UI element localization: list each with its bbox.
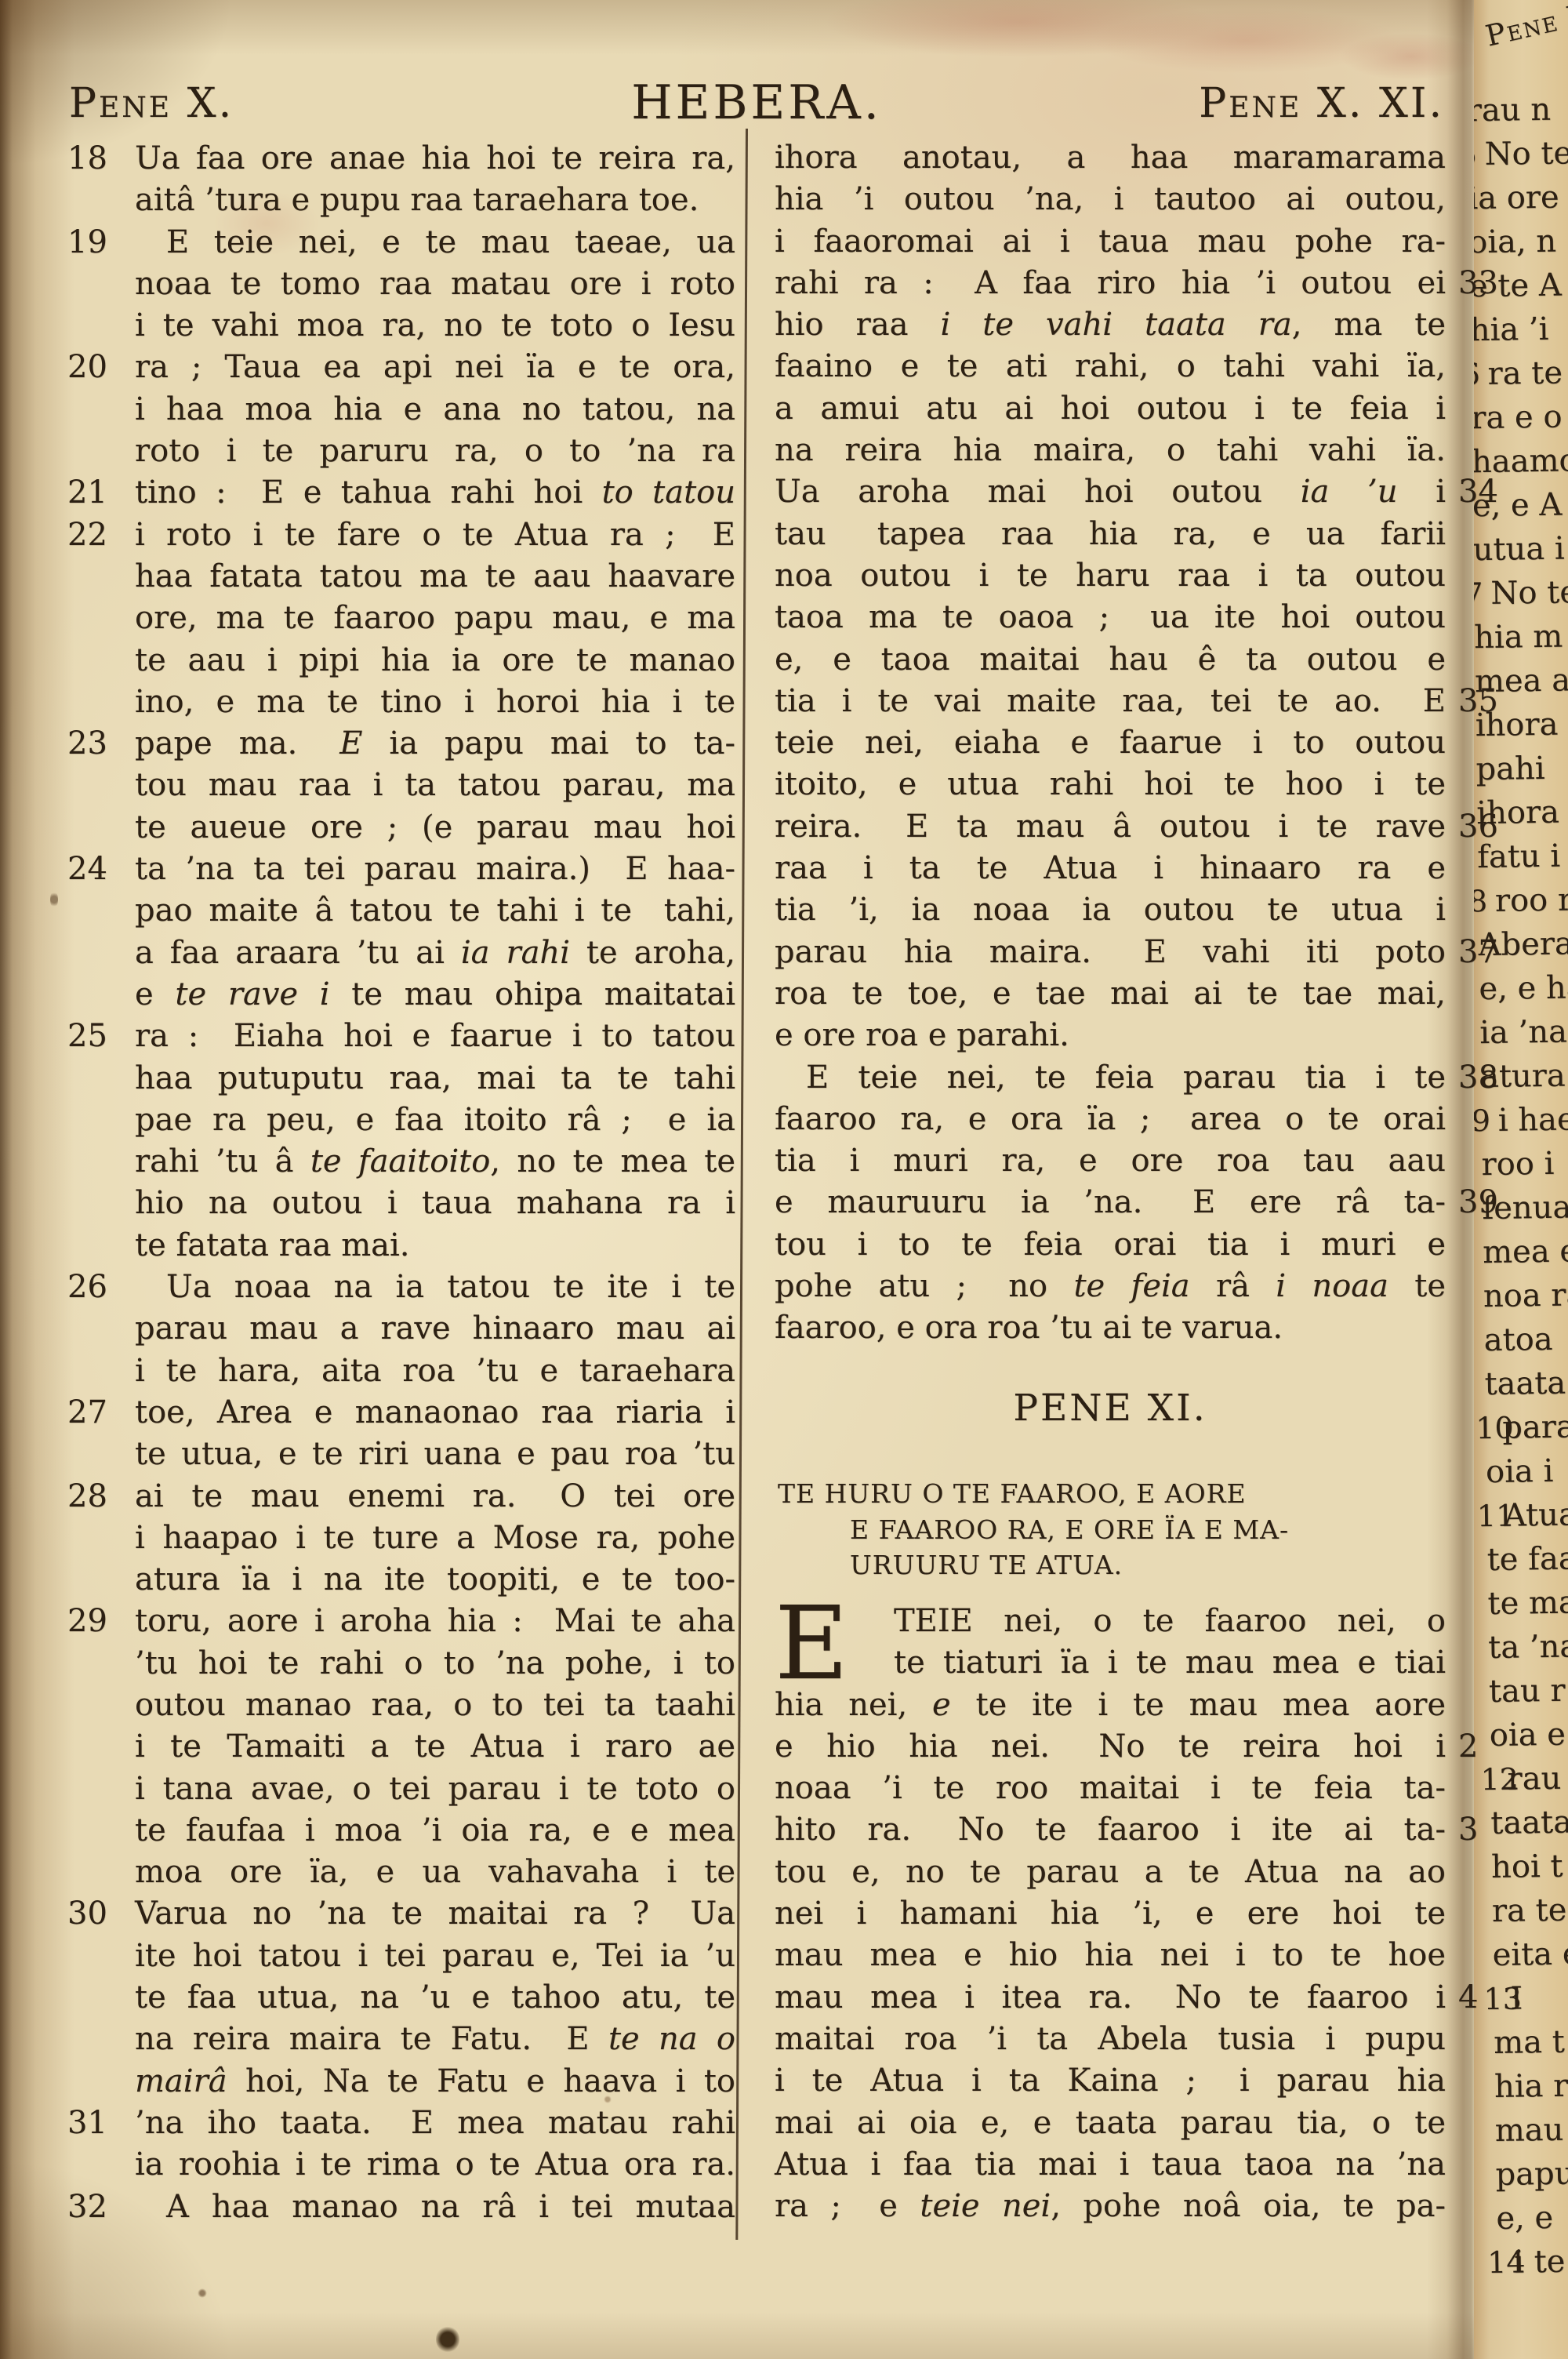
verse-text: na reira maira te Fatu. E te na o xyxy=(135,2021,735,2057)
verse-text: mau mea i itea ra. No te faaroo i xyxy=(775,1979,1446,2016)
adjacent-page-line-fragment: noa ra xyxy=(1483,1273,1568,1318)
text-line: ra ; e teie nei, pohe noâ oia, te pa- xyxy=(775,2186,1446,2227)
verse-text: hoi t xyxy=(1491,1848,1563,1885)
text-line: pao maite â tatou te tahi i te tahi, xyxy=(135,890,735,932)
verse-text: taata xyxy=(1484,1365,1566,1402)
verse-number: 25 xyxy=(67,1016,130,1057)
verse-text: maitai roa ’i ta Abela tusia i pupu xyxy=(775,2021,1446,2057)
text-line: noa outou i te haru raa i ta outou xyxy=(775,555,1446,597)
adjacent-page-line-fragment: atoa xyxy=(1483,1317,1568,1362)
text-line: i te hara, aita roa ’tu e taraehara xyxy=(135,1350,735,1392)
paper-speck xyxy=(604,2095,612,2103)
text-line: haa fatata tatou ma te aau haavare xyxy=(135,556,735,598)
verse-text: ta ’na xyxy=(1488,1628,1568,1666)
verse-text: eita e xyxy=(1492,1936,1568,1973)
verse-number: 5 xyxy=(1474,133,1485,176)
left-text-column: 18Ua faa ore anae hia hoi te reira ra,ai… xyxy=(135,138,735,2228)
text-line: tou mau raa i ta tatou parau, ma xyxy=(135,765,735,806)
text-line: teie nei, eiaha e faarue i to outou xyxy=(775,722,1446,764)
verse-number: 27 xyxy=(67,1392,130,1434)
verse-number: 10 xyxy=(1475,1406,1503,1450)
verse-number: 36 xyxy=(1458,806,1513,848)
text-line: tia i muri ra, e ore roa tau aau xyxy=(775,1140,1446,1182)
adjacent-page-running-header: Pene X xyxy=(1483,0,1568,53)
adjacent-page-line-fragment: papu xyxy=(1495,2151,1568,2197)
verse-number: 34 xyxy=(1458,471,1513,513)
text-line: te tiaturi ïa i te mau mea e tiai xyxy=(775,1642,1446,1684)
running-header: Pene X. HEBERA. Pene X. XI. xyxy=(0,75,1568,130)
text-line: roto i te paruru ra, o to ’na ra xyxy=(135,431,735,472)
verse-text: E teie nei, te feia parau tia i te xyxy=(775,1060,1446,1096)
verse-text: ra te xyxy=(1487,355,1563,392)
verse-text: hito ra. No te faaroo i ite ai ta- xyxy=(775,1812,1446,1848)
verse-text: te fatata raa mai. xyxy=(135,1227,410,1263)
verse-number: 29 xyxy=(67,1601,130,1642)
verse-text: ma t xyxy=(1494,2024,1565,2061)
adjacent-page-line-fragment: e, e xyxy=(1496,2195,1568,2241)
adjacent-page-line-fragment: roo i xyxy=(1481,1141,1568,1187)
text-line: i faaoromai ai i taua mau pohe ra- xyxy=(775,221,1446,263)
right-text-column: ihora anotau, a haa maramaramahia ’i out… xyxy=(775,137,1446,1350)
verse-text: e mauruuru ia ’na. E ere râ ta- xyxy=(775,1184,1446,1220)
verse-text: noaa te tomo raa matau ore i roto xyxy=(135,266,735,302)
verse-text: e hio hia nei. No te reira hoi i xyxy=(775,1728,1446,1765)
text-line: hio na outou i taua mahana ra i xyxy=(135,1183,735,1224)
verse-number: 11 xyxy=(1476,1494,1504,1538)
text-line: na reira hia maira, o tahi vahi ïa. xyxy=(775,430,1446,471)
verse-text: ia ore xyxy=(1474,180,1559,217)
verse-text: pohe atu ; no te feia râ i noaa te xyxy=(775,1268,1446,1304)
verse-number: 22 xyxy=(67,514,130,556)
verse-text: Ua aroha mai hoi outou ia ’u i xyxy=(775,474,1446,510)
text-line: e te rave i te mau ohipa maitatai xyxy=(135,974,735,1016)
text-line: tia ’i, ia noaa ia outou te utua i xyxy=(775,889,1446,931)
verse-text: i te xyxy=(1514,2244,1566,2281)
verse-text: E teie nei, e te mau taeae, ua xyxy=(135,224,735,260)
verse-text: mau xyxy=(1494,2112,1563,2149)
text-line: 33rahi ra : A faa riro hia ’i outou ei xyxy=(775,263,1446,304)
verse-text: i haer xyxy=(1498,1101,1568,1139)
verse-text: tia i te vai maite raa, tei te ao. E xyxy=(775,683,1446,719)
verse-text: hia ’i xyxy=(1474,311,1549,348)
adjacent-page-line-fragment: hia ’i xyxy=(1474,307,1568,352)
adjacent-page-line-fragment: eita e xyxy=(1492,1932,1568,1977)
verse-text: Atua xyxy=(1504,1496,1568,1533)
verse-text: hia nei, e te ite i te mau mea aore xyxy=(775,1687,1446,1723)
verse-text: ino, e ma te tino i horoi hia i te xyxy=(135,684,735,720)
verse-number: 21 xyxy=(67,472,130,514)
verse-text: pae ra peu, e faa itoito râ ; e ia xyxy=(135,1102,735,1138)
verse-text: hia m xyxy=(1474,619,1563,656)
text-line: i haa moa hia e ana no tatou, na xyxy=(135,389,735,431)
verse-number: 31 xyxy=(67,2103,130,2144)
verse-text: Varua no ’na te maitai ra ? Ua xyxy=(135,1896,735,1932)
verse-text: raa i ta te Atua i hinaaro ra e xyxy=(775,850,1446,886)
text-line: 31’na iho taata. E mea matau rahi xyxy=(135,2103,735,2144)
verse-text: No te xyxy=(1490,574,1568,612)
verse-text: ai te mau enemi ra. O tei ore xyxy=(135,1478,735,1514)
text-line: na reira maira te Fatu. E te na o xyxy=(135,2019,735,2060)
text-line: 4mau mea i itea ra. No te faaroo i xyxy=(775,1977,1446,2019)
text-line: 24ta ’na ta tei parau maira.) E haa- xyxy=(135,849,735,890)
verse-text: papu xyxy=(1495,2156,1568,2193)
chapter-subtitle-line: E FAAROO RA, E ORE ÏA E MA- xyxy=(778,1512,1452,1548)
adjacent-page-line-fragment: ma t xyxy=(1494,2019,1568,2065)
verse-text: i roto i te fare o te Atua ra ; E xyxy=(135,517,735,553)
text-line: noaa te tomo raa matau ore i roto xyxy=(135,264,735,305)
text-line: a amui atu ai hoi outou i te feia i xyxy=(775,388,1446,430)
text-line: 36reira. E ta mau â outou i te rave xyxy=(775,806,1446,848)
verse-text: ra e o xyxy=(1474,399,1563,437)
verse-text: e ore roa e parahi. xyxy=(775,1017,1069,1053)
verse-number: 14 xyxy=(1487,2241,1515,2284)
verse-text: i haa moa hia e ana no tatou, na xyxy=(135,391,735,427)
verse-text: e, e ha xyxy=(1479,969,1568,1007)
verse-text: hia ’i outou ’na, i tautoo ai outou, xyxy=(775,181,1446,217)
text-line: haa putuputu raa, mai ta te tahi xyxy=(135,1058,735,1100)
verse-text: TEIE nei, o te faaroo nei, o xyxy=(894,1603,1446,1639)
verse-text: ihora anotau, a haa maramarama xyxy=(775,140,1446,176)
text-line: ite hoi tatou i tei parau e, Tei ia ’u xyxy=(135,1936,735,1977)
verse-text: reira. E ta mau â outou i te rave xyxy=(775,809,1446,845)
text-line: 37parau hia maira. E vahi iti poto xyxy=(775,932,1446,973)
text-line: outou manao raa, o to tei ta taahi xyxy=(135,1685,735,1726)
verse-text: te faufaa i moa ’i oia ra, e e mea xyxy=(135,1812,735,1848)
adjacent-page-line-fragment: ta ’na xyxy=(1488,1624,1568,1670)
verse-number: 30 xyxy=(67,1893,130,1935)
verse-text: pao maite â tatou te tahi i te tahi, xyxy=(135,892,735,929)
text-line: te utua, e te riri uana e pau roa ’tu xyxy=(135,1434,735,1475)
text-line: te aau i pipi hia ia ore te manao xyxy=(135,640,735,682)
verse-number: 18 xyxy=(67,138,130,180)
adjacent-page-line-fragment: 11Atua xyxy=(1486,1492,1568,1538)
text-line: i te Atua i ta Kaina ; i parau hia xyxy=(775,2060,1446,2102)
text-line: rahi ’tu â te faaitoito, no te mea te xyxy=(135,1141,735,1183)
right-text-column-chapter2: TEIE nei, o te faaroo nei, ote tiaturi ï… xyxy=(775,1601,1446,2227)
verse-text: tau tapea raa hia ra, e ua farii xyxy=(775,516,1446,552)
text-line: te faa utua, na ’u e tahoo atu, te xyxy=(135,1977,735,2019)
verse-text: ra : Eiaha hoi e faarue i to tatou xyxy=(135,1018,735,1054)
text-line: 19 E teie nei, e te mau taeae, ua xyxy=(135,222,735,264)
text-line: ’tu hoi te rahi o to ’na pohe, i to xyxy=(135,1643,735,1685)
adjacent-page-line-fragment: te faa xyxy=(1486,1536,1568,1582)
verse-text: parau hia maira. E vahi iti poto xyxy=(775,934,1446,970)
verse-text: hio na outou i taua mahana ra i xyxy=(135,1185,735,1221)
verse-number: 20 xyxy=(67,347,130,388)
verse-text: ra te xyxy=(1492,1892,1567,1929)
text-line: faaroo, e ora roa ’tu ai te varua. xyxy=(775,1307,1446,1349)
verse-number: 7 xyxy=(1474,572,1491,616)
verse-text: i te Tamaiti a te Atua i raro ae xyxy=(135,1728,735,1765)
adjacent-page-line-fragment: 6ra te xyxy=(1474,351,1568,396)
verse-text: i haapao i te ture a Mose ra, pohe xyxy=(135,1520,735,1556)
chapter-subtitle-line: URUURU TE ATUA. xyxy=(778,1547,1452,1583)
text-line: i haapao i te ture a Mose ra, pohe xyxy=(135,1518,735,1559)
text-line: te fatata raa mai. xyxy=(135,1225,735,1267)
adjacent-page-line-fragment: utua i xyxy=(1474,526,1568,572)
text-line: i tana avae, o tei parau i te toto o xyxy=(135,1768,735,1810)
adjacent-page-line-fragment: tau r xyxy=(1489,1668,1568,1714)
text-line: 38 E teie nei, te feia parau tia i te xyxy=(775,1057,1446,1099)
verse-text: te aau i pipi hia ia ore te manao xyxy=(135,642,735,678)
verse-text: i te hara, aita roa ’tu e taraehara xyxy=(135,1353,735,1389)
verse-text: te faa utua, na ’u e tahoo atu, te xyxy=(135,1979,735,2016)
text-line: 2e hio hia nei. No te reira hoi i xyxy=(775,1726,1446,1768)
text-line: 39e mauruuru ia ’na. E ere râ ta- xyxy=(775,1182,1446,1223)
text-line: taoa ma te oaoa ; ua ite hoi outou xyxy=(775,597,1446,638)
verse-text: na reira hia maira, o tahi vahi ïa. xyxy=(775,432,1446,468)
verse-number: 2 xyxy=(1458,1726,1513,1768)
text-line: faaino e te ati rahi, o tahi vahi ïa, xyxy=(775,346,1446,387)
margin-mark xyxy=(50,891,58,908)
verse-text: ’na iho taata. E mea matau rahi xyxy=(135,2105,735,2141)
verse-text: oia i xyxy=(1486,1453,1554,1490)
text-line: hia nei, e te ite i te mau mea aore xyxy=(775,1685,1446,1726)
verse-text: i tana avae, o tei parau i te toto o xyxy=(135,1771,735,1807)
verse-text: tou mau raa i ta tatou parau, ma xyxy=(135,767,735,803)
text-line: noaa ’i te roo maitai i te feia ta- xyxy=(775,1768,1446,1809)
verse-text: i te vahi moa ra, no te toto o Iesu xyxy=(135,307,735,343)
adjacent-page-line-fragment: ia ore xyxy=(1474,175,1568,220)
chapter-subtitle: TE HURU O TE FAAROO, E AOREE FAAROO RA, … xyxy=(778,1476,1452,1583)
text-line: mairâ hoi, Na te Fatu e haava i to xyxy=(135,2061,735,2103)
text-line: moa ore ïa, e ua vahavaha i te xyxy=(135,1852,735,1893)
verse-text: i faaoromai ai i taua mau pohe ra- xyxy=(775,224,1446,260)
adjacent-page-line-fragment: hia m xyxy=(1474,614,1568,660)
text-line: pae ra peu, e faa itoito râ ; e ia xyxy=(135,1100,735,1141)
verse-text: ’tu hoi te rahi o to ’na pohe, i to xyxy=(135,1645,735,1681)
adjacent-page-line-fragment: ra te xyxy=(1492,1888,1568,1933)
text-line: parau mau a rave hinaaro mau ai xyxy=(135,1308,735,1350)
verse-text: faaroo, e ora roa ’tu ai te varua. xyxy=(775,1310,1283,1346)
text-line: 29toru, aore i aroha hia : Mai te aha xyxy=(135,1601,735,1642)
text-line: pohe atu ; no te feia râ i noaa te xyxy=(775,1266,1446,1307)
verse-text: toru, aore i aroha hia : Mai te aha xyxy=(135,1603,735,1639)
adjacent-page-line-fragment: 8roo ra xyxy=(1478,878,1568,923)
column-divider-rule xyxy=(735,129,748,2240)
verse-text: mau mea e hio hia nei i to te hoe xyxy=(775,1937,1446,1973)
text-line: te faufaa i moa ’i oia ra, e e mea xyxy=(135,1810,735,1852)
verse-text: a amui atu ai hoi outou i te feia i xyxy=(775,391,1446,427)
verse-number: 39 xyxy=(1458,1182,1513,1223)
verse-number: 9 xyxy=(1474,1099,1498,1143)
verse-text: roa te toe, e tae mai ai te tae mai, xyxy=(775,976,1446,1012)
verse-text: utua i xyxy=(1474,531,1565,569)
chapter-heading: PENE XI. xyxy=(775,1387,1446,1430)
text-line: aitâ ’tura e pupu raa taraehara toe. xyxy=(135,180,735,221)
text-line: i te vahi moa ra, no te toto o Iesu xyxy=(135,305,735,347)
text-line: roa te toe, e tae mai ai te tae mai, xyxy=(775,973,1446,1015)
text-line: 20ra ; Taua ea api nei ïa e te ora, xyxy=(135,347,735,388)
text-line: tou i to te feia orai tia i muri e xyxy=(775,1224,1446,1266)
text-line: hia ’i outou ’na, i tautoo ai outou, xyxy=(775,179,1446,220)
verse-text: tou e, no te parau a te Atua na ao xyxy=(775,1854,1446,1890)
text-line: raa i ta te Atua i hinaaro ra e xyxy=(775,848,1446,889)
verse-number: 33 xyxy=(1458,263,1513,304)
verse-number: 38 xyxy=(1458,1057,1513,1099)
ink-blot xyxy=(436,2326,459,2353)
verse-text: nei i hamani hia ’i, e ere hoi te xyxy=(775,1896,1446,1932)
text-line: 28ai te mau enemi ra. O tei ore xyxy=(135,1476,735,1518)
text-line: ore, ma te faaroo papu mau, e ma xyxy=(135,598,735,639)
verse-number: 35 xyxy=(1458,681,1513,722)
text-line: 30Varua no ’na te maitai ra ? Ua xyxy=(135,1893,735,1935)
verse-text: ta ’na ta tei parau maira.) E haa- xyxy=(135,851,735,887)
text-line: mai ai oia e, e taata parau tia, o te xyxy=(775,2103,1446,2144)
text-line: maitai roa ’i ta Abela tusia i pupu xyxy=(775,2019,1446,2060)
text-line: tou e, no te parau a te Atua na ao xyxy=(775,1852,1446,1893)
verse-text: faaino e te ati rahi, o tahi vahi ïa, xyxy=(775,348,1446,384)
text-line: tau tapea raa hia ra, e ua farii xyxy=(775,514,1446,555)
text-line: 34Ua aroha mai hoi outou ia ’u i xyxy=(775,471,1446,513)
verse-text: taoa ma te oaoa ; ua ite hoi outou xyxy=(775,599,1446,635)
adjacent-page-line-fragment: oia, n xyxy=(1474,219,1568,264)
verse-text: itoito, e utua rahi hoi te hoo i te xyxy=(775,766,1446,802)
verse-text: e, e taoa maitai hau ê ta outou e xyxy=(775,642,1446,678)
adjacent-page-line-fragment: taata xyxy=(1484,1361,1568,1406)
text-line: ia roohia i te rima o te Atua ora ra. xyxy=(135,2144,735,2186)
verse-text: roo ra xyxy=(1495,881,1568,919)
adjacent-page-line-fragment: mea e xyxy=(1483,1229,1568,1274)
verse-text: ra ; e teie nei, pohe noâ oia, te pa- xyxy=(775,2188,1446,2224)
verse-text: aitâ ’tura e pupu raa taraehara toe. xyxy=(135,182,699,218)
text-line: 3hito ra. No te faaroo i ite ai ta- xyxy=(775,1809,1446,1851)
text-line: e ore roa e parahi. xyxy=(775,1015,1446,1056)
verse-text: hia r xyxy=(1494,2068,1568,2105)
verse-text: A haa manao na râ i tei mutaa xyxy=(135,2189,735,2225)
text-line: 35tia i te vai maite raa, tei te ao. E xyxy=(775,681,1446,722)
verse-text: No te xyxy=(1484,135,1568,173)
text-line: TEIE nei, o te faaroo nei, o xyxy=(775,1601,1446,1642)
verse-text: hio raa i te vahi taata ra, ma te xyxy=(775,307,1446,343)
verse-text: ite hoi tatou i tei parau e, Tei ia ’u xyxy=(135,1938,735,1974)
verse-text: roto i te paruru ra, o to ’na ra xyxy=(135,433,735,469)
text-line: nei i hamani hia ’i, e ere hoi te xyxy=(775,1893,1446,1935)
verse-number: 4 xyxy=(1458,1977,1513,2019)
text-line: 27toe, Area e manaonao raa riaria i xyxy=(135,1392,735,1434)
text-line: 26 Ua noaa na ia tatou te ite i te xyxy=(135,1267,735,1308)
verse-text: moa ore ïa, e ua vahavaha i te xyxy=(135,1854,735,1890)
adjacent-page-line-fragment: hia r xyxy=(1494,2063,1568,2109)
verse-text: tino : E e tahua rahi hoi to tatou xyxy=(135,474,735,511)
verse-number: 28 xyxy=(67,1476,130,1518)
verse-number: 32 xyxy=(67,2186,130,2228)
adjacent-page-line-fragment: 9i haer xyxy=(1480,1097,1568,1143)
adjacent-page-line-fragment: ra e o xyxy=(1474,394,1568,440)
text-line: ihora anotau, a haa maramarama xyxy=(775,137,1446,179)
verse-number: 26 xyxy=(67,1267,130,1308)
verse-text: haa fatata tatou ma te aau haavare xyxy=(135,558,735,594)
text-line: e, e taoa maitai hau ê ta outou e xyxy=(775,639,1446,681)
text-line: mau mea e hio hia nei i to te hoe xyxy=(775,1935,1446,1976)
text-line: atura ïa i na ite toopiti, e te too- xyxy=(135,1559,735,1601)
verse-text: parau xyxy=(1502,1408,1568,1446)
verse-text: a faa araara ’tu ai ia rahi te aroha, xyxy=(135,935,735,971)
paper-speck xyxy=(198,2288,207,2298)
verse-text: mairâ hoi, Na te Fatu e haava i to xyxy=(135,2063,735,2099)
verse-text: mea e xyxy=(1483,1233,1568,1270)
text-line: 25ra : Eiaha hoi e faarue i to tatou xyxy=(135,1016,735,1057)
verse-text: ra ; Taua ea api nei ïa e te ora, xyxy=(135,349,735,385)
verse-text: te aueue ore ; (e parau mau hoi xyxy=(135,809,735,845)
verse-number: 6 xyxy=(1474,352,1488,396)
verse-text: outou manao raa, o to tei ta taahi xyxy=(135,1687,735,1723)
adjacent-page-line-fragment: te ma xyxy=(1487,1580,1568,1626)
adjacent-page-line-fragment: mau xyxy=(1494,2107,1568,2153)
verse-number: 8 xyxy=(1474,879,1495,923)
verse-number: 19 xyxy=(67,222,130,264)
verse-text: tou i to te feia orai tia i muri e xyxy=(775,1227,1446,1263)
text-line: 32 A haa manao na râ i tei mutaa xyxy=(135,2186,735,2228)
verse-text: ia ’na xyxy=(1479,1014,1567,1052)
adjacent-page-line-fragment: 5No te xyxy=(1474,131,1568,176)
text-line: ino, e ma te tino i horoi hia i te xyxy=(135,682,735,723)
chapter-subtitle-line: TE HURU O TE FAAROO, E AORE xyxy=(778,1476,1452,1512)
verse-number: 3 xyxy=(1458,1809,1513,1851)
verse-number: 37 xyxy=(1458,932,1513,973)
verse-text: te tiaturi ïa i te mau mea e tiai xyxy=(894,1645,1446,1681)
verse-number: 24 xyxy=(67,849,130,890)
verse-text: parau mau a rave hinaaro mau ai xyxy=(135,1310,735,1347)
verse-text: haa putuputu raa, mai ta te tahi xyxy=(135,1060,735,1096)
verse-text: teie nei, eiaha e faarue i to outou xyxy=(775,725,1446,761)
adjacent-page-line-fragment: 14i te xyxy=(1497,2239,1568,2284)
adjacent-page-line-fragment: pahi xyxy=(1475,746,1568,791)
text-line: hio raa i te vahi taata ra, ma te xyxy=(775,304,1446,346)
verse-text: toe, Area e manaonao raa riaria i xyxy=(135,1394,735,1430)
verse-text: pahi xyxy=(1475,751,1545,787)
text-line: 23pape ma. E ia papu mai to ta- xyxy=(135,723,735,765)
verse-text: noa ra xyxy=(1483,1277,1568,1314)
verse-text: atura ïa i na ite toopiti, e te too- xyxy=(135,1561,735,1598)
text-line: 22i roto i te fare o te Atua ra ; E xyxy=(135,514,735,556)
verse-text: Ua noaa na ia tatou te ite i te xyxy=(135,1269,735,1305)
verse-text: noa outou i te haru raa i ta outou xyxy=(775,558,1446,594)
verse-text: rahi ra : A faa riro hia ’i outou ei xyxy=(775,265,1446,301)
text-line: Atua i faa tia mai i taua taoa na ’na xyxy=(775,2144,1446,2186)
verse-text: te utua, e te riri uana e pau roa ’tu xyxy=(135,1436,735,1472)
verse-text: Atua i faa tia mai i taua taoa na ’na xyxy=(775,2146,1446,2183)
text-line: i te Tamaiti a te Atua i raro ae xyxy=(135,1726,735,1768)
verse-text: Ua faa ore anae hia hoi te reira ra, xyxy=(135,140,735,176)
verse-text: e te rave i te mau ohipa maitatai xyxy=(135,976,735,1012)
adjacent-page-line-fragment: 7No te xyxy=(1474,570,1568,616)
verse-text: tau r xyxy=(1489,1673,1566,1710)
scanned-book-page: Pene X rau n5No teia oreoia, ne te Ahia … xyxy=(0,0,1568,2359)
adjacent-page-line-fragment: ia ’na xyxy=(1479,1009,1568,1055)
verse-text: atoa xyxy=(1483,1321,1552,1358)
verse-text: rahi ’tu â te faaitoito, no te mea te xyxy=(135,1143,735,1179)
verse-text: roo i xyxy=(1481,1146,1554,1183)
verse-text: tia ’i, ia noaa ia outou te utua i xyxy=(775,892,1446,928)
text-line: a faa araara ’tu ai ia rahi te aroha, xyxy=(135,932,735,974)
text-line: 21tino : E e tahua rahi hoi to tatou xyxy=(135,472,735,514)
adjacent-page-line-fragment: oia i xyxy=(1486,1448,1568,1494)
running-header-chapter-right: Pene X. XI. xyxy=(1199,80,1444,127)
verse-text: faaroo ra, e ora ïa ; area o te orai xyxy=(775,1101,1446,1137)
text-line: te aueue ore ; (e parau mau hoi xyxy=(135,807,735,849)
text-line: 18Ua faa ore anae hia hoi te reira ra, xyxy=(135,138,735,180)
verse-text: e, e xyxy=(1496,2200,1553,2237)
adjacent-page-line-fragment: 10parau xyxy=(1485,1405,1568,1450)
verse-text: rau r xyxy=(1507,1760,1568,1797)
text-line: itoito, e utua rahi hoi te hoo i te xyxy=(775,764,1446,805)
text-line: faaroo ra, e ora ïa ; area o te orai xyxy=(775,1099,1446,1140)
verse-text: oia, n xyxy=(1474,224,1556,261)
verse-text: te faa xyxy=(1486,1540,1568,1578)
verse-text: te ma xyxy=(1487,1584,1568,1622)
verse-text: noaa ’i te roo maitai i te feia ta- xyxy=(775,1770,1446,1806)
